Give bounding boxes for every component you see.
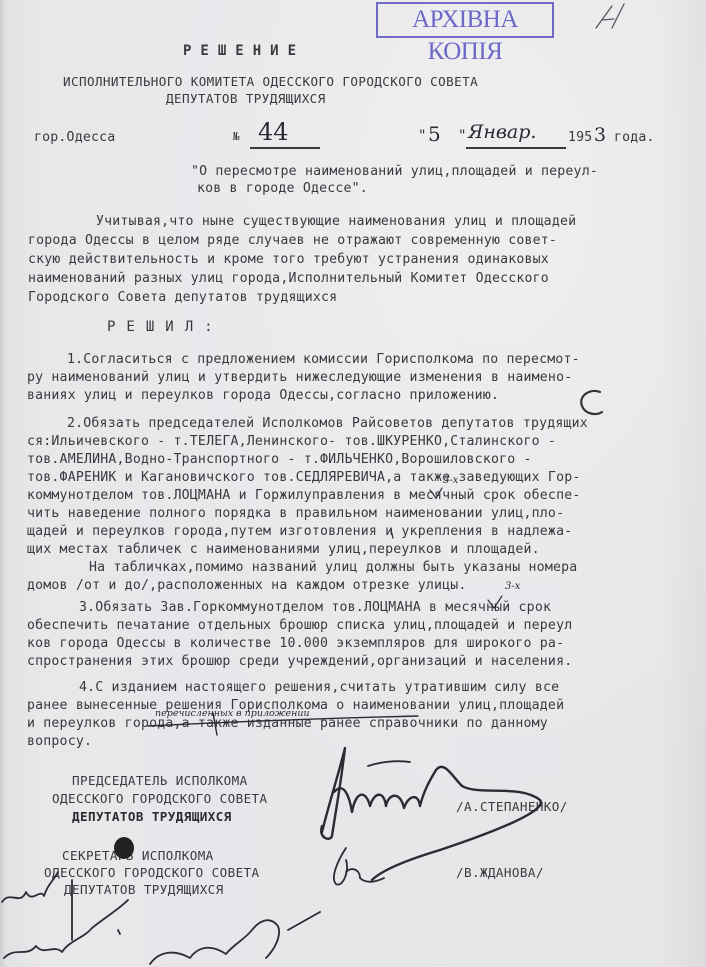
signatory-position-line: ОДЕССКОГО ГОРОДСКОГО СОВЕТА	[52, 793, 268, 806]
item-line: ру наименований улиц и утвердить нижесле…	[27, 371, 572, 384]
signatory-position-line: ДЕПУТАТОВ ТРУДЯЩИХСЯ	[72, 811, 232, 824]
item-line: домов /от и до/,расположенных на каждом …	[27, 579, 467, 592]
item-line: ся:Ильичевского - т.ТЕЛЕГА,Ленинского- т…	[27, 435, 556, 448]
date-year-prefix: 195	[568, 131, 592, 144]
preamble-line: наименований разных улиц города,Исполнит…	[28, 272, 549, 285]
date-year-suffix: 3	[594, 124, 606, 146]
item-line: ваниях улиц и переулков города Одессы,со…	[27, 389, 499, 402]
document-title: РЕШЕНИЕ	[183, 44, 305, 58]
hole-punch-mark	[114, 837, 134, 859]
date-day: 5	[428, 122, 441, 146]
item-line: тов.ФАРЕНИК и Кагановичского тов.СЕДЛЯРЕ…	[27, 471, 581, 484]
handwritten-insert-listed: перечисленных в приложении	[155, 708, 310, 719]
item-line: 4.С изданием настоящего решения,считать …	[79, 681, 559, 694]
item-line: щадей и переулков города,путем изготовле…	[27, 525, 572, 538]
preamble-line: скую действительность и кроме того требу…	[28, 253, 549, 266]
number-underline	[250, 147, 320, 149]
signatory-position-line: СЕКРЕТАРЬ ИСПОЛКОМА	[62, 850, 214, 863]
item-line: 1.Согласиться с предложением комиссии Го…	[67, 353, 580, 366]
handwritten-insert-3x: 3-х	[443, 475, 458, 486]
item-line: 2.Обязать председателей Исполкомов Райсо…	[67, 417, 588, 430]
open-quote: "	[418, 129, 427, 143]
item-line: 3.Обязать Зав.Горкоммунотделом тов.ЛОЦМА…	[79, 601, 551, 614]
preamble-line: Городского Совета депутатов трудящихся	[28, 291, 337, 304]
handwritten-insert-3x: 3-х	[505, 581, 520, 592]
item-line: тов.АМЕЛИНА,Водно-Транспортного - т.ФИЛЬ…	[27, 453, 532, 466]
signatory-name: /В.ЖДАНОВА/	[456, 867, 544, 880]
date-month: Январ.	[468, 121, 536, 143]
issuer-line-1: ИСПОЛНИТЕЛЬНОГО КОМИТЕТА ОДЕССКОГО ГОРОД…	[63, 76, 478, 89]
signatory-position-line: ОДЕССКОГО ГОРОДСКОГО СОВЕТА	[44, 867, 260, 880]
preamble-line: города Одессы в целом ряде случаев не от…	[28, 234, 557, 247]
decision-number: 44	[258, 118, 289, 146]
month-underline	[466, 147, 566, 149]
close-quote: "	[458, 129, 467, 143]
signatory-position-line: ПРЕДСЕДАТЕЛЬ ИСПОЛКОМА	[72, 775, 248, 788]
item-line: чить наведение полного порядка в правиль…	[27, 507, 564, 520]
subject-line-1: "О пересмотре наименований улиц,площадей…	[191, 165, 598, 178]
decided-heading: РЕШИЛ:	[107, 320, 224, 334]
archive-copy-stamp: АРХІВНА КОПІЯ	[376, 2, 554, 38]
number-label: №	[233, 131, 240, 142]
signatory-position-line: ДЕПУТАТОВ ТРУДЯЩИХСЯ	[64, 884, 224, 897]
date-year-word: года.	[614, 131, 655, 144]
item-line: спространения этих брошюр среди учрежден…	[27, 655, 572, 668]
issuer-line-2: ДЕПУТАТОВ ТРУДЯЩИХСЯ	[166, 93, 326, 106]
item-line: обеспечить печатание отдельных брошюр сп…	[27, 619, 572, 632]
signatory-name: /А.СТЕПАНЕНКО/	[456, 801, 568, 814]
item-line: щих местах табличек с наименованиями ули…	[27, 543, 540, 556]
item-line: коммунотделом тов.ЛОЦМАНА и Горжилуправл…	[27, 489, 581, 502]
item-line: ков города Одессы в количестве 10.000 эк…	[27, 637, 564, 650]
item-line: На табличках,помимо названий улиц должны…	[89, 561, 577, 574]
city: гор.Одесса	[34, 131, 115, 144]
preamble-line: Учитывая,что ныне существующие наименова…	[96, 215, 576, 228]
item-line: вопросу.	[27, 735, 92, 748]
subject-line-2: ков в городе Одессе".	[197, 182, 368, 195]
